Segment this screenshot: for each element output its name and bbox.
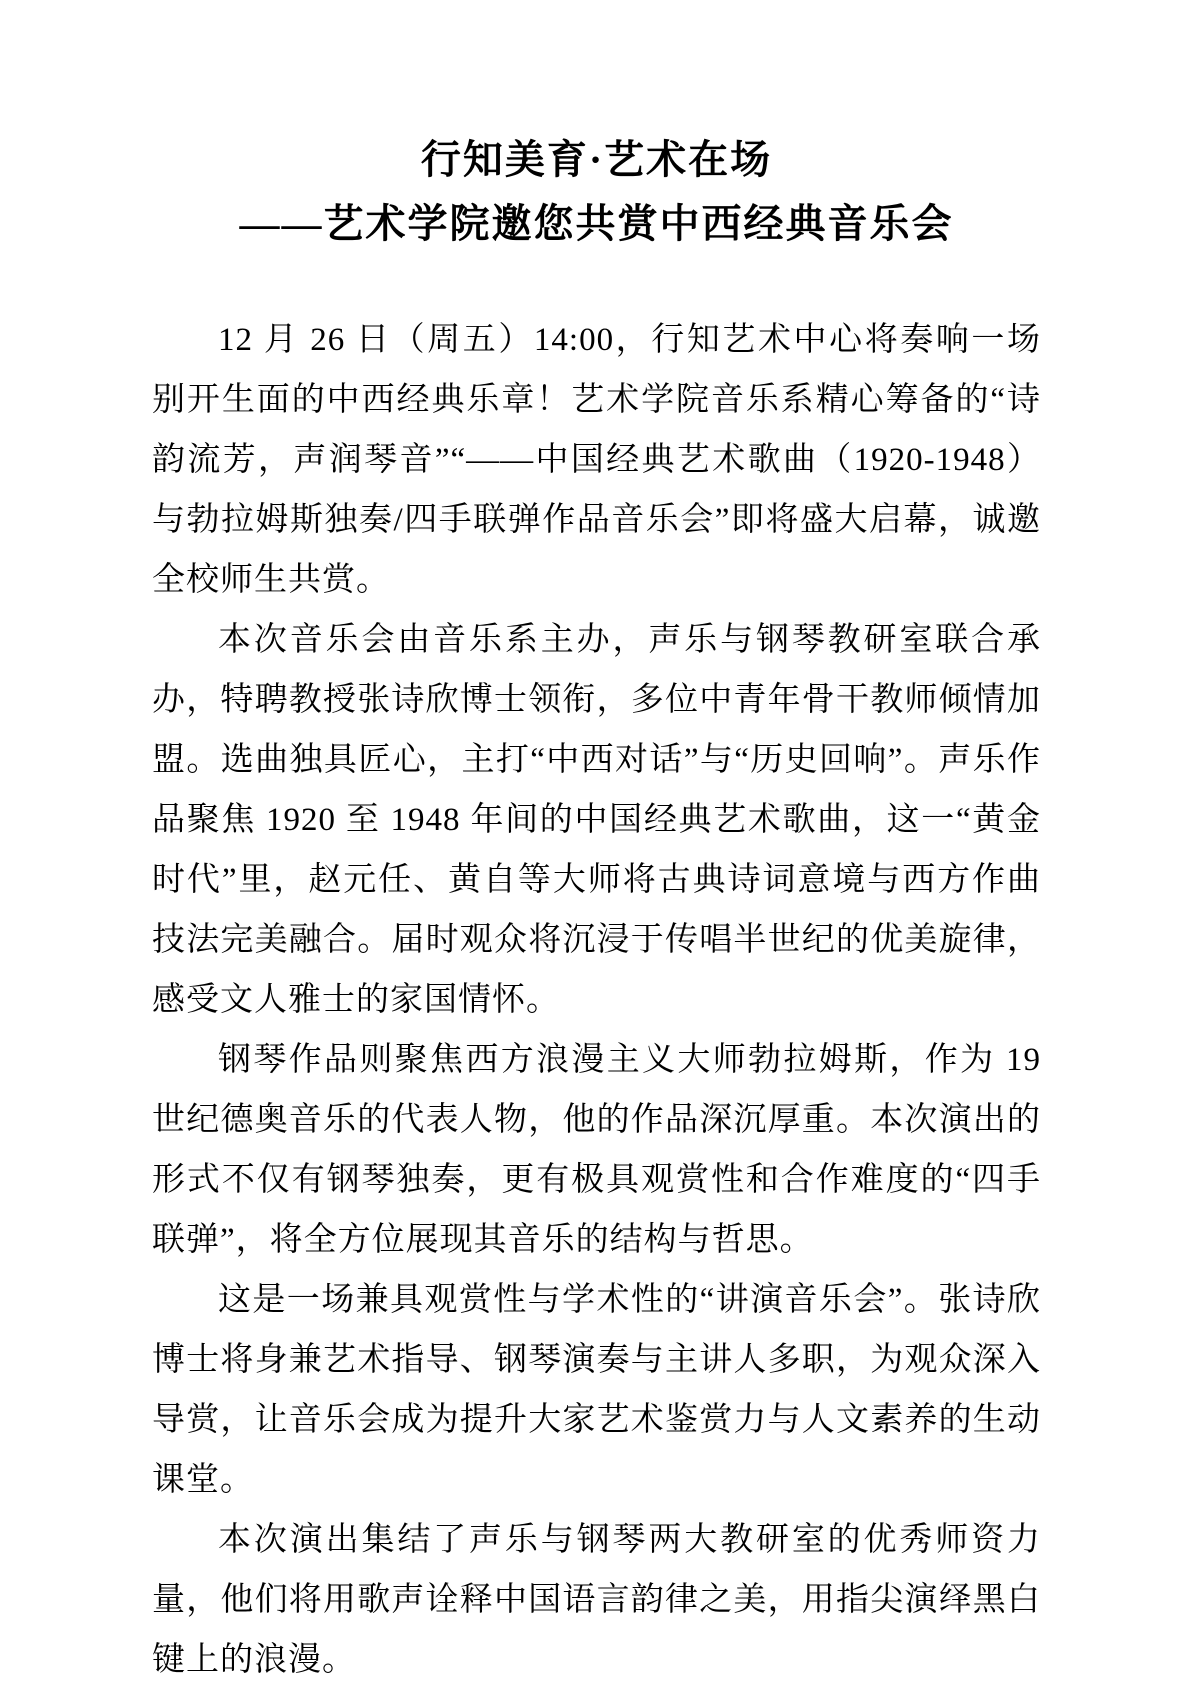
title-line-2: ——艺术学院邀您共赏中西经典音乐会 [152, 192, 1041, 256]
document-body: 12 月 26 日（周五）14:00，行知艺术中心将奏响一场别开生面的中西经典乐… [152, 310, 1041, 1684]
paragraph-lecture-concert: 这是一场兼具观赏性与学术性的“讲演音乐会”。张诗欣博士将身兼艺术指导、钢琴演奏与… [152, 1270, 1041, 1510]
paragraph-performers: 本次演出集结了声乐与钢琴两大教研室的优秀师资力量，他们将用歌声诠释中国语言韵律之… [152, 1510, 1041, 1684]
paragraph-intro: 12 月 26 日（周五）14:00，行知艺术中心将奏响一场别开生面的中西经典乐… [152, 310, 1041, 610]
document-title: 行知美育·艺术在场 ——艺术学院邀您共赏中西经典音乐会 [152, 128, 1041, 256]
paragraph-organizers: 本次音乐会由音乐系主办，声乐与钢琴教研室联合承办，特聘教授张诗欣博士领衔，多位中… [152, 610, 1041, 1030]
paragraph-piano-works: 钢琴作品则聚焦西方浪漫主义大师勃拉姆斯，作为 19 世纪德奥音乐的代表人物，他的… [152, 1030, 1041, 1270]
title-line-1: 行知美育·艺术在场 [152, 128, 1041, 192]
document-page: 行知美育·艺术在场 ——艺术学院邀您共赏中西经典音乐会 12 月 26 日（周五… [0, 0, 1191, 1684]
